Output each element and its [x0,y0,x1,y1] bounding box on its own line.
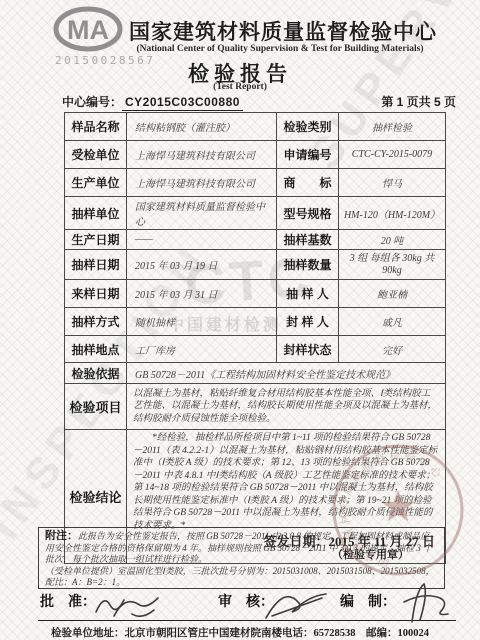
remarks-supplement: （受检单位提供）室温固化型Ⅰ类胶，三批次批号分别为：2015031008、201… [45,566,438,589]
field-value: 抽样检验 [339,113,446,141]
center-title-chinese: 国家建筑材料质量监督检验中心 [118,16,448,46]
field-label: 申请编号 [277,141,339,169]
field-value: 3 组 每组各 30kg 共 90kg [339,250,446,280]
field-label: 来样日期 [65,280,127,308]
test-report-page: CTC 中国建材检测 SUPERVISION INSPECTION MA 201… [0,0,480,640]
sample-info-table: 样品名称 结构粘钢胶（灌注胶） 检验类别 抽样检验 受检单位 上海悍马建筑科技有… [64,112,446,564]
field-label: 检验依据 [65,363,127,384]
center-number-value: CY2015C03C00880 [122,95,243,111]
footer-address: 检验单位地址：北京市朝阳区管庄中国建材院南楼电话：65728538 邮编：100… [0,625,480,640]
field-label: 封样状态 [277,336,339,363]
field-value: 完好 [339,336,446,363]
field-value: 国家建筑材料质量监督检验中心 [127,197,277,230]
field-label: 抽 样 人 [277,280,339,308]
field-value: 上海悍马建筑科技有限公司 [127,141,277,169]
table-row: 抽样单位 国家建筑材料质量监督检验中心 型号规格 HM-120（HM-120M） [65,197,446,230]
field-label: 抽样日期 [65,250,127,280]
field-value: 上海悍马建筑科技有限公司 [127,169,277,197]
table-row: 来样日期 2015 年 03 月 31 日 抽 样 人 鲍亚楠 [65,280,446,308]
basis-value: GB 50728－2011《工程结构加固材料安全性鉴定技术规范》 [127,363,446,384]
items-value: 以混凝土为基材，粘贴纤维复合材用结构胶基本性能全项、Ⅰ类结构胶工艺性能、以混凝土… [127,384,446,430]
table-row: 抽样日期 2015 年 03 月 19 日 抽样数量 3 组 每组各 30kg … [65,250,446,280]
page-indicator: 第 1 页共 5 页 [381,93,456,110]
field-label: 生产日期 [65,230,127,250]
field-value: 随机抽样 [127,308,277,336]
field-value: 悍马 [339,169,446,197]
field-value: 鲍亚楠 [339,280,446,308]
review-signature [262,588,334,622]
field-label: 抽样基数 [277,230,339,250]
field-label: 抽样单位 [65,197,127,230]
field-label: 商 标 [277,169,339,197]
field-label: 抽样方式 [65,308,127,336]
field-value: HM-120（HM-120M） [339,197,446,230]
field-value: —— [127,230,277,250]
remarks-box: 附注：此报告为安全性鉴定报告，按照 GB 50728－2011 中 3.0.8 … [38,527,445,589]
field-label: 型号规格 [277,197,339,230]
field-label: 样品名称 [65,113,127,141]
field-label: 受检单位 [65,141,127,169]
prepare-label: 编 制： [340,591,396,611]
center-number-row: 中心编号：CY2015C03C00880 第 1 页共 5 页 [62,93,456,110]
report-title-english: (Test Report) [0,82,480,92]
field-label: 封 样 人 [277,308,339,336]
field-value: 2015 年 03 月 19 日 [127,250,277,280]
field-value: 工厂库房 [127,336,277,363]
field-label: 抽样数量 [277,250,339,280]
table-row: 抽样地点 工厂库房 封样状态 完好 [65,336,446,363]
table-row-basis: 检验依据 GB 50728－2011《工程结构加固材料安全性鉴定技术规范》 [65,363,446,384]
remarks-label: 附注： [45,530,78,542]
table-row-items: 检验项目 以混凝土为基材，粘贴纤维复合材用结构胶基本性能全项、Ⅰ类结构胶工艺性能… [65,384,446,430]
field-value: CTC-CY-2015-0079 [339,141,446,169]
field-value: 戚凡 [339,308,446,336]
field-value: 2015 年 03 月 31 日 [127,280,277,308]
field-label: 抽样地点 [65,336,127,363]
field-value: 20 吨 [339,230,446,250]
table-row: 受检单位 上海悍马建筑科技有限公司 申请编号 CTC-CY-2015-0079 [65,141,446,169]
center-number-label: 中心编号： [62,95,122,109]
center-title-english: (National Center of Quality Supervision … [90,44,470,54]
table-row: 生产单位 上海悍马建筑科技有限公司 商 标 悍马 [65,169,446,197]
approve-label: 批 准： [40,591,96,611]
field-label: 生产单位 [65,169,127,197]
field-value: 结构粘钢胶（灌注胶） [127,113,277,141]
field-label: 检验项目 [65,384,127,430]
svg-text:MA: MA [67,15,109,45]
conclusion-text: *经检验，抽检样品所检项目中第 1~11 项的检验结果符合 GB 50728－2… [133,432,439,532]
approve-signature [92,590,172,622]
field-label: 检验类别 [277,113,339,141]
prepare-signature [398,580,456,626]
table-row: 生产日期 —— 抽样基数 20 吨 [65,230,446,250]
table-row: 样品名称 结构粘钢胶（灌注胶） 检验类别 抽样检验 [65,113,446,141]
remarks-body: 此报告为安全性鉴定报告，按照 GB 50728－2011 中 3.0.8 的规定… [45,531,432,564]
table-row: 抽样方式 随机抽样 封 样 人 戚凡 [65,308,446,336]
